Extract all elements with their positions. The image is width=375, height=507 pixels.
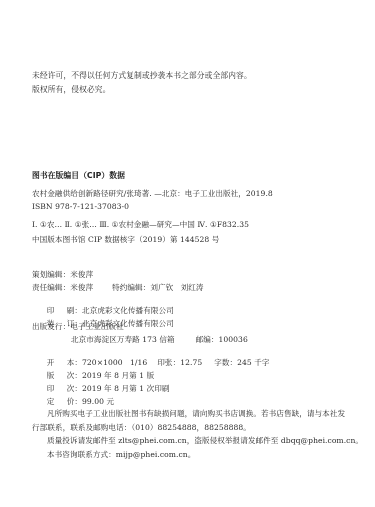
special-editor-value: 刘广钦 刘红涛: [150, 283, 203, 292]
cip-title-line: 农村金融供给创新路径研究/张琦著. —北京：电子工业出版社，2019.8: [32, 189, 273, 199]
planning-editor-value: 米俊萍: [70, 270, 93, 279]
cip-library-record: 中国版本图书馆 CIP 数据核字（2019）第 144528 号: [32, 235, 219, 245]
address-value: 北京市海淀区万寿路 173 信箱: [71, 335, 175, 344]
publisher-label: 出版发行：: [32, 322, 70, 331]
cip-classification: Ⅰ. ①农… Ⅱ. ①张… Ⅲ. ①农村金融—研究—中国 Ⅳ. ①F832.35: [32, 220, 249, 230]
postcode-label: 邮编：: [196, 335, 219, 344]
copyright-line-1: 未经许可，不得以任何方式复制或抄袭本书之部分或全部内容。: [32, 71, 252, 81]
address-row: 北京市海淀区万寿路 173 信箱 邮编：100036: [71, 335, 248, 345]
responsible-editor-value: 米俊萍: [70, 283, 93, 292]
planning-editor-label: 策划编辑：: [32, 270, 70, 279]
planning-editor-row: 策划编辑：米俊萍: [32, 270, 93, 280]
sheets-value: 12.75: [180, 358, 202, 367]
price-label: 定 价：: [47, 397, 82, 406]
publisher-row: 出版发行：电子工业出版社: [32, 322, 124, 332]
notice-line-3: 质量投诉请发邮件至 zlts@phei.com.cn，盗版侵权举报请发邮件至 d…: [47, 436, 363, 446]
cip-heading: 图书在版编目（CIP）数据: [32, 171, 125, 181]
postcode-value: 100036: [219, 335, 248, 344]
sheets-label: 印张：: [157, 358, 180, 367]
copyright-line-2: 版权所有，侵权必究。: [32, 85, 110, 95]
price-value: 99.00 元: [82, 397, 114, 406]
word-count-value: 245 千字: [237, 358, 269, 367]
notice-line-1: 凡所购买电子工业出版社图书有缺损问题，请向购买书店调换。若书店售缺，请与本社发: [47, 409, 345, 419]
publisher-value: 电子工业出版社: [70, 322, 124, 331]
special-editor-label: 特约编辑：: [112, 283, 150, 292]
notice-line-4: 本书咨询联系方式：mijp@phei.com.cn。: [47, 450, 195, 460]
word-count-label: 字数：: [214, 358, 237, 367]
notice-line-2: 行部联系，联系及邮购电话：（010）88254888，88258888。: [32, 423, 251, 433]
responsible-editor-row: 责任编辑：米俊萍 特约编辑：刘广钦 刘红涛: [32, 283, 204, 293]
cip-isbn: ISBN 978-7-121-37083-0: [32, 202, 129, 212]
responsible-editor-label: 责任编辑：: [32, 283, 70, 292]
